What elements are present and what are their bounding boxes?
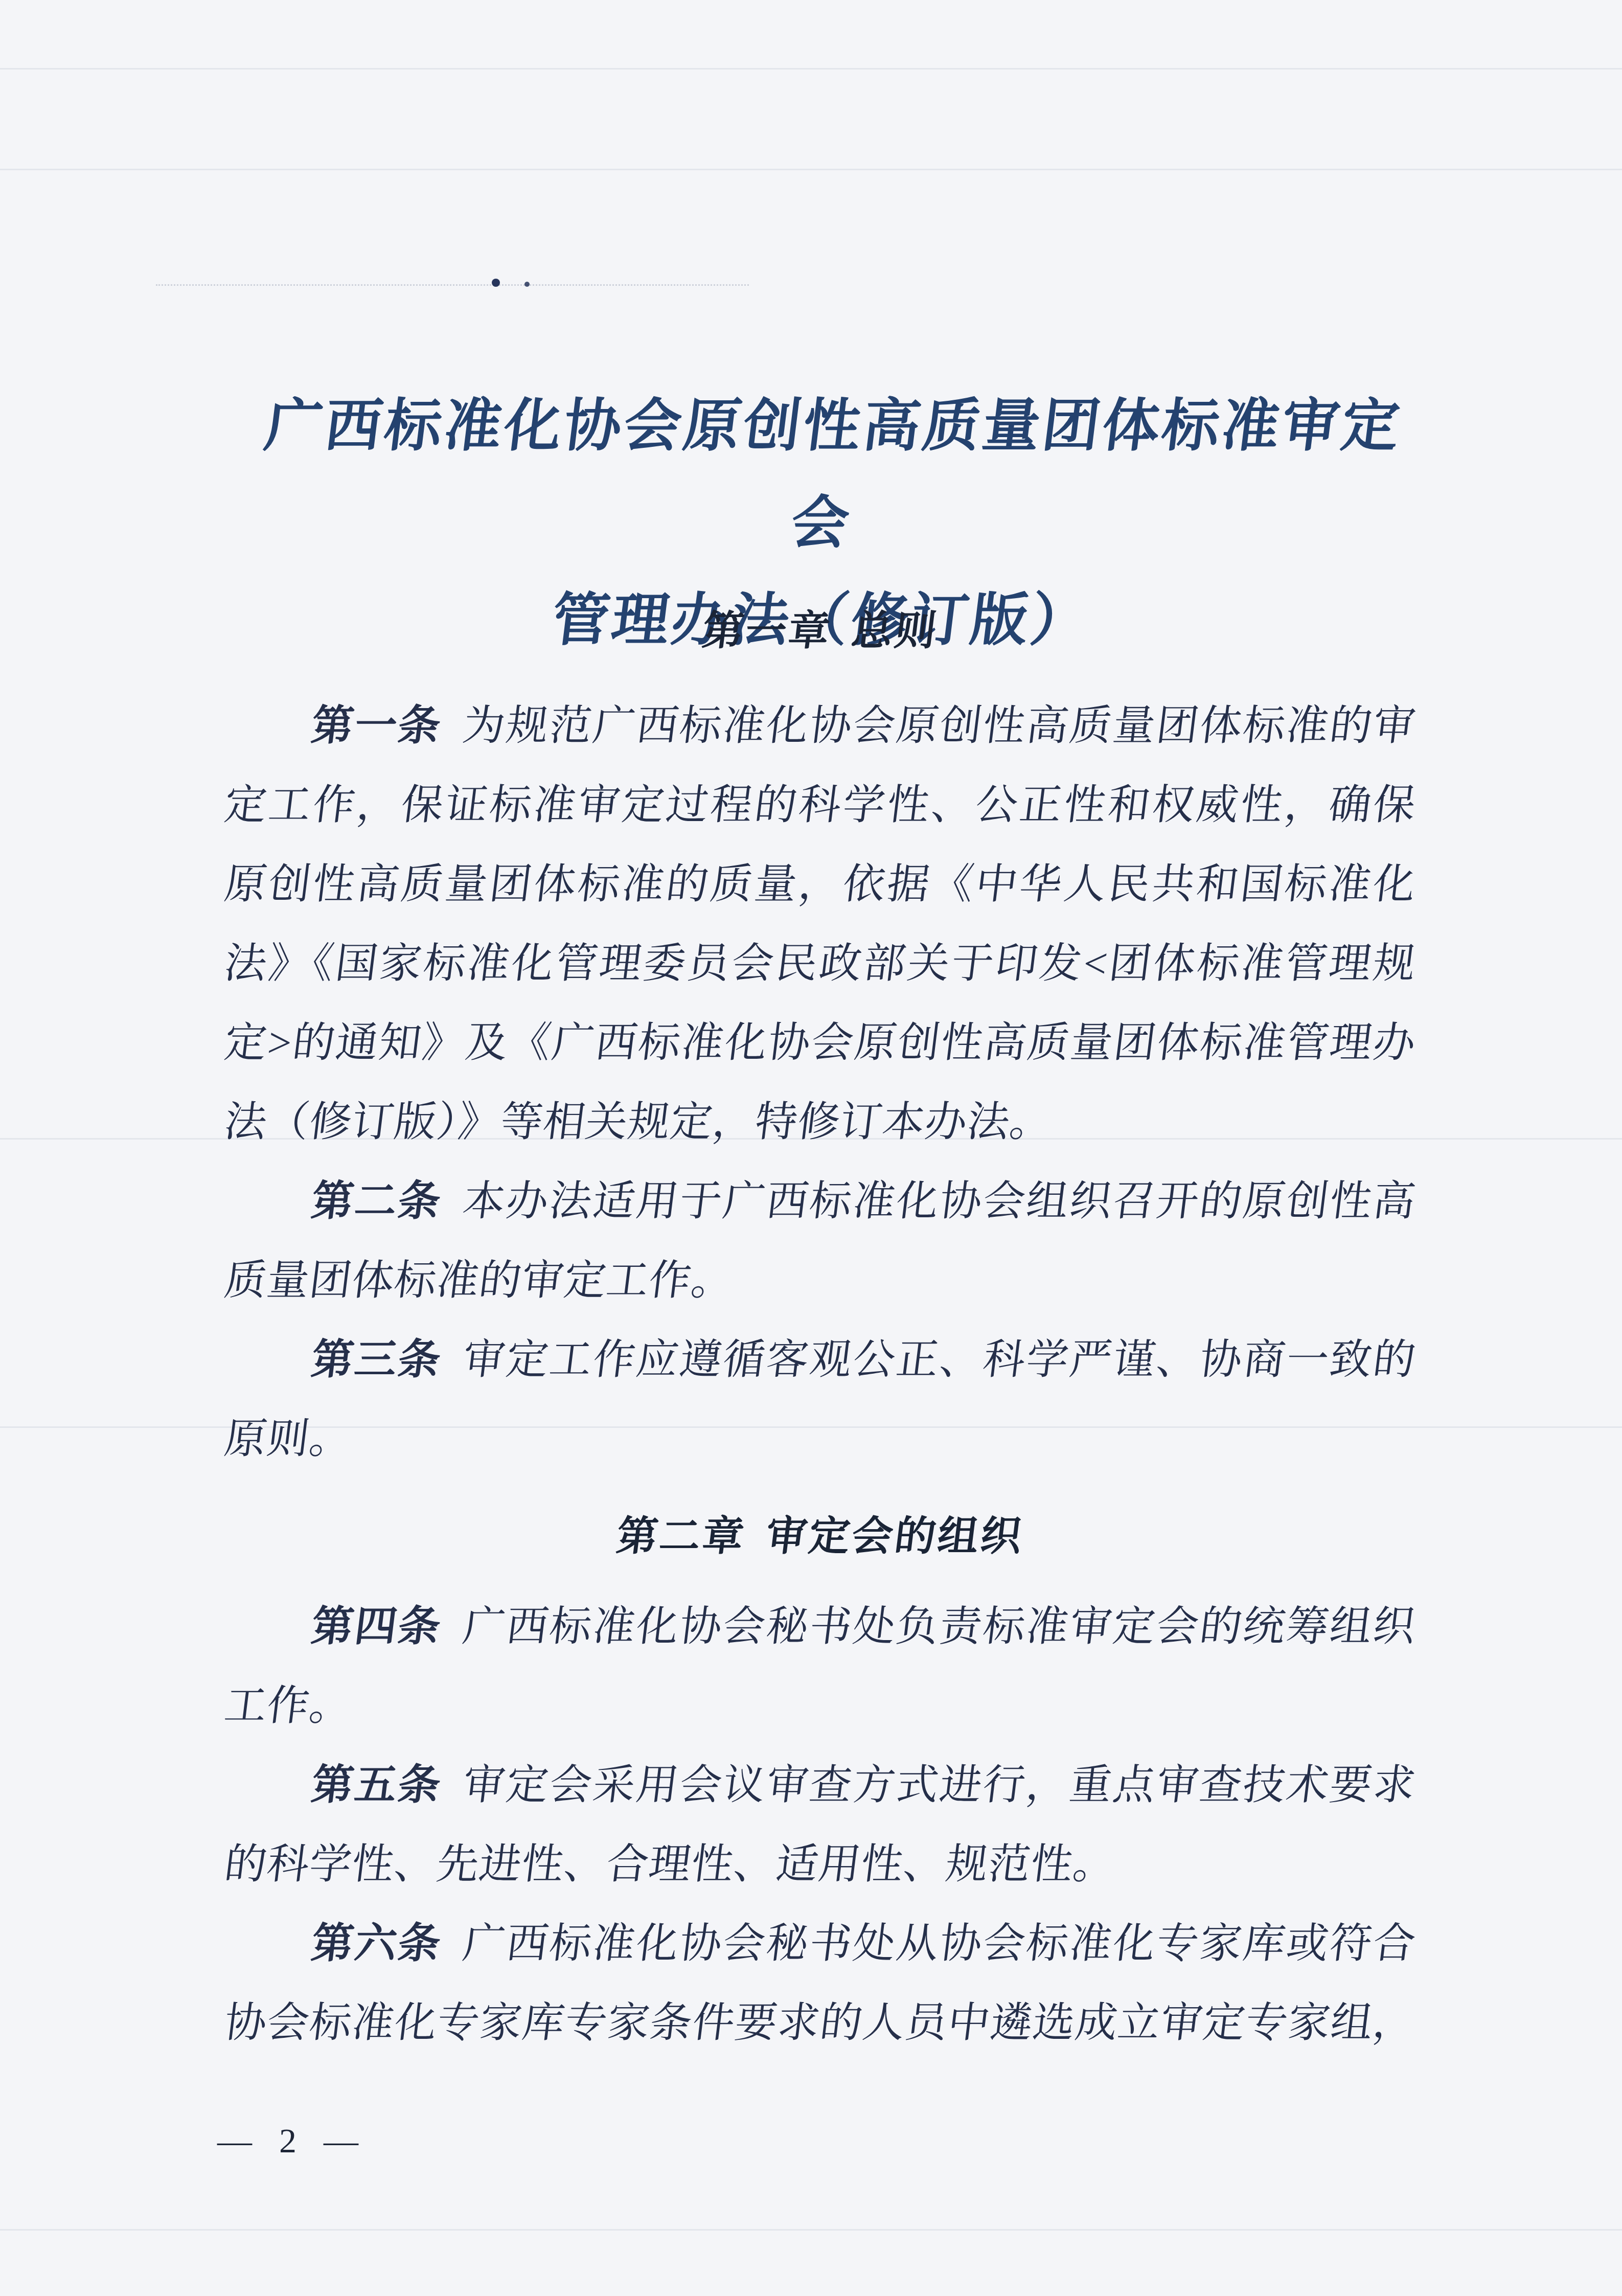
article-1-line-4: 法》《国家标准化管理委员会民政部关于印发<团体标准管理规 bbox=[220, 924, 1421, 1003]
chapter-2-heading: 第二章审定会的组织 bbox=[220, 1496, 1421, 1576]
article-6-label: 第六条 bbox=[309, 1920, 445, 1967]
scan-artifact-streak bbox=[0, 68, 1622, 70]
article-1-line-5: 定>的通知》及《广西标准化协会原创性高质量团体标准管理办 bbox=[220, 1003, 1421, 1082]
article-6-line-1-text: 广西标准化协会秘书处从协会标准化专家库或符合 bbox=[460, 1920, 1419, 1967]
article-3-line-1: 第三条审定工作应遵循客观公正、科学严谨、协商一致的 bbox=[220, 1320, 1421, 1399]
article-1-line-1: 第一条为规范广西标准化协会原创性高质量团体标准的审 bbox=[220, 686, 1421, 765]
article-4-line-2: 工作。 bbox=[220, 1666, 1421, 1745]
article-1-line-6: 法（修订版）》等相关规定，特修订本办法。 bbox=[220, 1082, 1421, 1162]
article-1-line-2: 定工作，保证标准审定过程的科学性、公正性和权威性，确保 bbox=[220, 765, 1421, 845]
article-4-label: 第四条 bbox=[309, 1603, 445, 1650]
chapter-2-name: 审定会的组织 bbox=[763, 1513, 1026, 1559]
article-2-label: 第二条 bbox=[309, 1178, 445, 1224]
document-body: 第一条为规范广西标准化协会原创性高质量团体标准的审 定工作，保证标准审定过程的科… bbox=[220, 686, 1411, 2062]
article-3-line-1-text: 审定工作应遵循客观公正、科学严谨、协商一致的 bbox=[460, 1336, 1419, 1383]
article-4-line-1-text: 广西标准化协会秘书处负责标准审定会的统筹组织 bbox=[460, 1603, 1419, 1650]
chapter-1-heading: 第一章总则 bbox=[220, 591, 1421, 670]
article-5-line-2: 的科学性、先进性、合理性、适用性、规范性。 bbox=[220, 1825, 1421, 1904]
article-4-line-1: 第四条广西标准化协会秘书处负责标准审定会的统筹组织 bbox=[220, 1587, 1421, 1666]
article-3-line-2: 原则。 bbox=[220, 1399, 1421, 1479]
article-1-label: 第一条 bbox=[309, 702, 445, 749]
article-5-label: 第五条 bbox=[309, 1762, 445, 1808]
chapter-1-name: 总则 bbox=[849, 608, 941, 653]
chapter-2-number: 第二章 bbox=[614, 1513, 748, 1559]
chapter-1-number: 第一章 bbox=[700, 608, 834, 653]
scanned-document-page: 广西标准化协会原创性高质量团体标准审定会 管理办法（修订版） 第一章总则 第一条… bbox=[0, 0, 1622, 2296]
article-2-line-1: 第二条本办法适用于广西标准化协会组织召开的原创性高 bbox=[220, 1162, 1421, 1241]
article-5-line-1: 第五条审定会采用会议审查方式进行，重点审查技术要求 bbox=[220, 1745, 1421, 1825]
article-6-line-2: 协会标准化专家库专家条件要求的人员中遴选成立审定专家组， bbox=[220, 1983, 1421, 2062]
article-6-line-1: 第六条广西标准化协会秘书处从协会标准化专家库或符合 bbox=[220, 1904, 1421, 1983]
scan-artifact-streak bbox=[0, 2229, 1622, 2231]
article-2-line-2: 质量团体标准的审定工作。 bbox=[220, 1241, 1421, 1320]
article-1-line-3: 原创性高质量团体标准的质量，依据《中华人民共和国标准化 bbox=[220, 845, 1421, 924]
article-5-line-1-text: 审定会采用会议审查方式进行，重点审查技术要求 bbox=[460, 1762, 1419, 1808]
article-3-label: 第三条 bbox=[309, 1336, 445, 1383]
scan-artifact-speckles bbox=[156, 284, 749, 286]
scan-artifact-dot bbox=[492, 279, 500, 287]
page-number: — 2 — bbox=[217, 2121, 368, 2161]
article-1-line-1-text: 为规范广西标准化协会原创性高质量团体标准的审 bbox=[460, 702, 1419, 749]
scan-artifact-streak bbox=[0, 169, 1622, 170]
document-title-line-1: 广西标准化协会原创性高质量团体标准审定会 bbox=[220, 378, 1435, 572]
scan-artifact-dot bbox=[524, 282, 530, 287]
article-2-line-1-text: 本办法适用于广西标准化协会组织召开的原创性高 bbox=[460, 1178, 1419, 1224]
